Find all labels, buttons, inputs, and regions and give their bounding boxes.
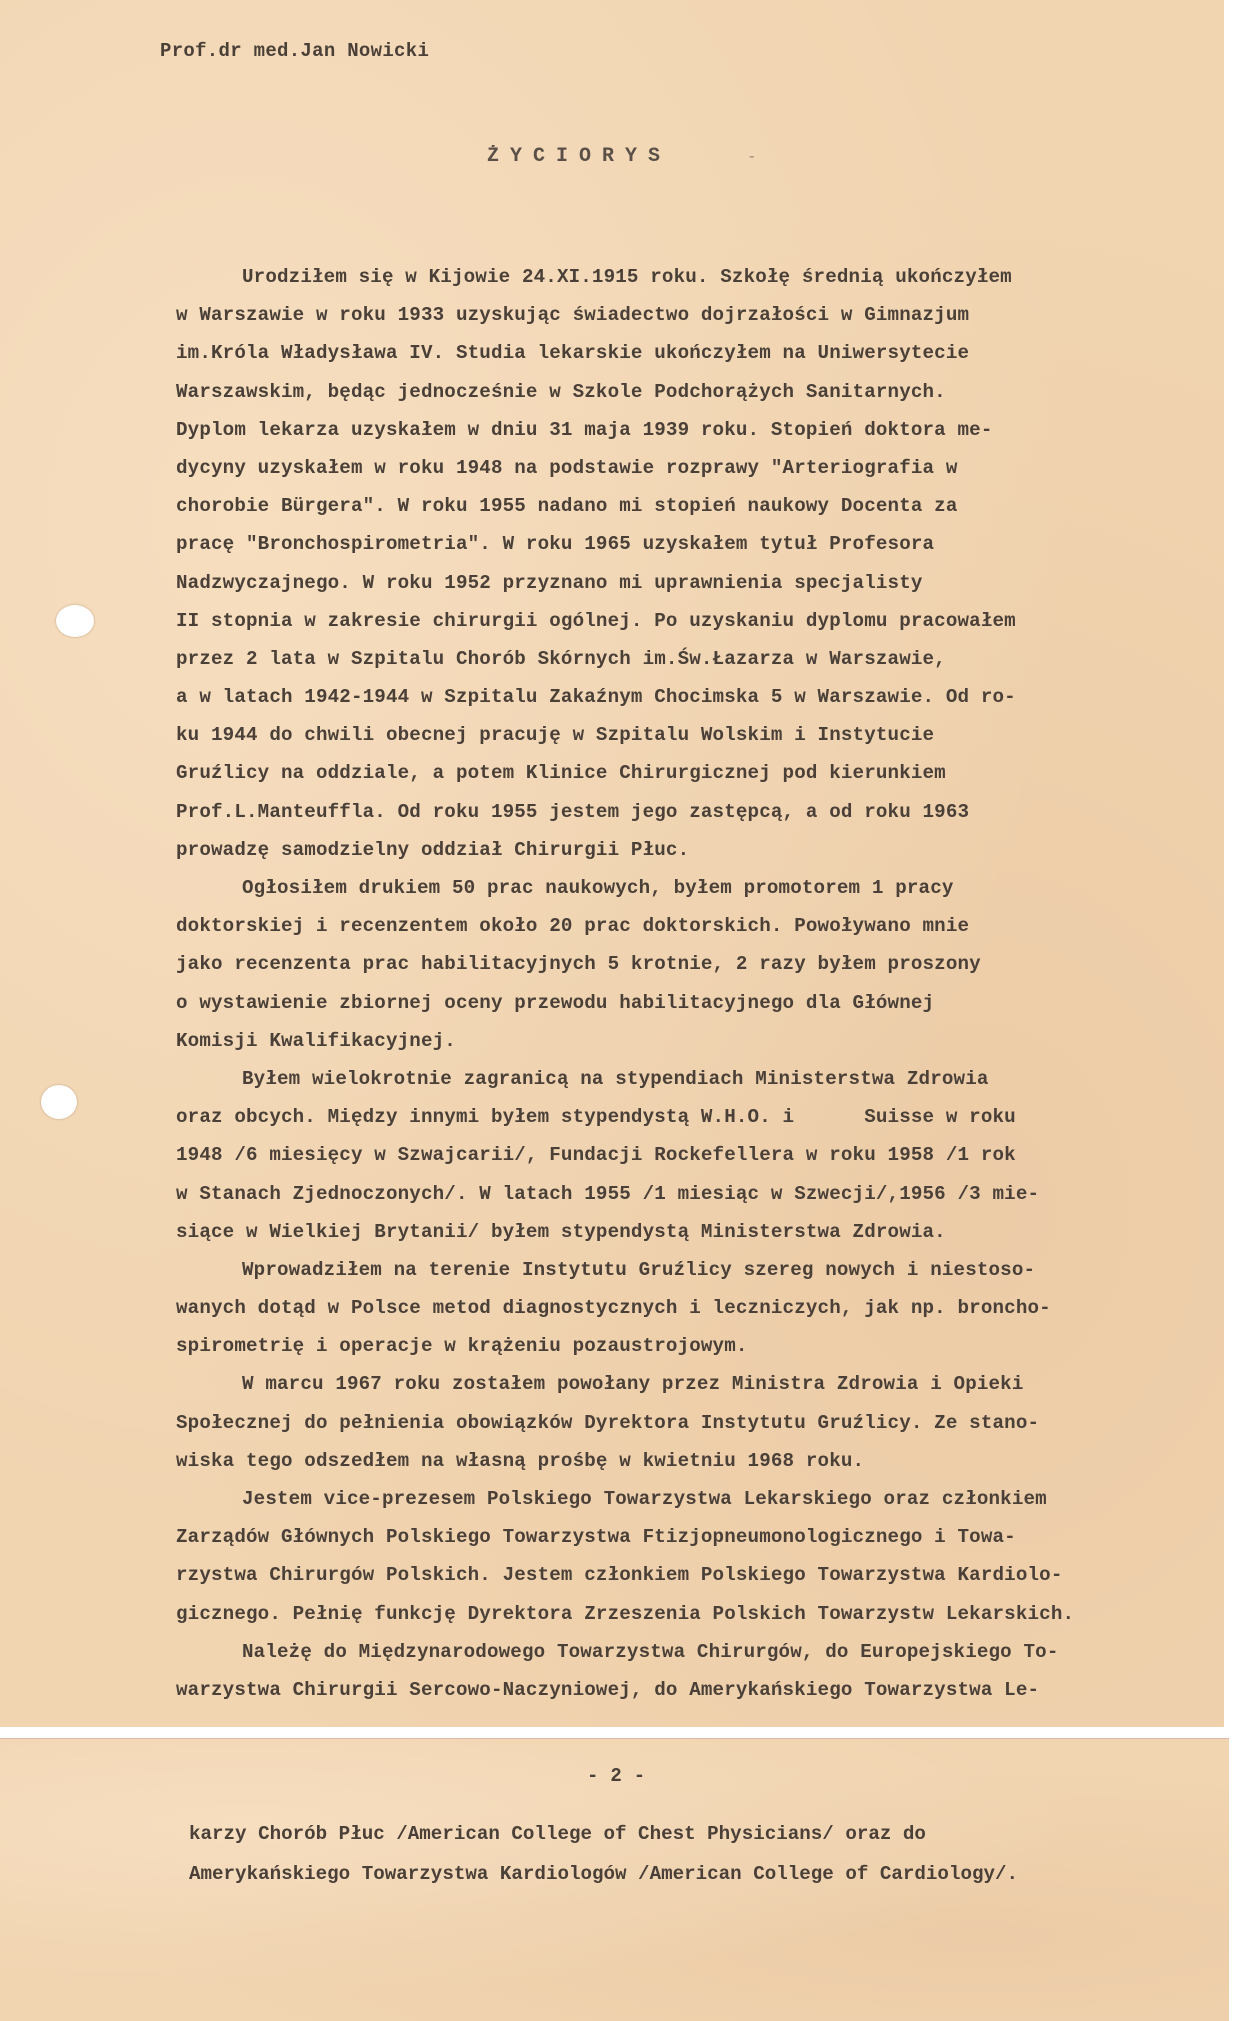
punch-hole [41,1085,77,1119]
text-line: Społecznej do pełnienia obowiązków Dyrek… [176,1404,1176,1442]
text-line: Urodziłem się w Kijowie 24.XI.1915 roku.… [176,258,1176,296]
text-line: wiska tego odszedłem na własną prośbę w … [176,1442,1176,1480]
text-line: oraz obcych. Między innymi byłem stypend… [176,1098,1176,1136]
text-line: Warszawskim, będąc jednocześnie w Szkole… [176,373,1176,411]
text-line: ku 1944 do chwili obecnej pracuję w Szpi… [176,716,1176,754]
text-line: w Stanach Zjednoczonych/. W latach 1955 … [176,1175,1176,1213]
text-line: jako recenzenta prac habilitacyjnych 5 k… [176,945,1176,983]
text-line: Jestem vice-prezesem Polskiego Towarzyst… [176,1480,1176,1518]
text-line: chorobie Bürgera". W roku 1955 nadano mi… [176,487,1176,525]
text-line: Dyplom lekarza uzyskałem w dniu 31 maja … [176,411,1176,449]
text-line: im.Króla Władysława IV. Studia lekarskie… [176,334,1176,372]
text-line: 1948 /6 miesięcy w Szwajcarii/, Fundacji… [176,1136,1176,1174]
text-line: Wprowadziłem na terenie Instytutu Gruźli… [176,1251,1176,1289]
text-line: siące w Wielkiej Brytanii/ byłem stypend… [176,1213,1176,1251]
text-line: Komisji Kwalifikacyjnej. [176,1022,1176,1060]
text-line: a w latach 1942-1944 w Szpitalu Zakaźnym… [176,678,1176,716]
text-line: doktorskiej i recenzentem około 20 prac … [176,907,1176,945]
text-line: Amerykańskiego Towarzystwa Kardiologów /… [189,1854,1189,1894]
text-line: o wystawienie zbiornej oceny przewodu ha… [176,984,1176,1022]
text-line: Zarządów Głównych Polskiego Towarzystwa … [176,1518,1176,1556]
page-number: - 2 - [587,1765,646,1787]
text-line: Ogłosiłem drukiem 50 prac naukowych, był… [176,869,1176,907]
punch-hole [56,605,94,637]
text-line: wanych dotąd w Polsce metod diagnostyczn… [176,1289,1176,1327]
text-line: II stopnia w zakresie chirurgii ogólnej.… [176,602,1176,640]
stray-mark: - [747,148,757,166]
author-header: Prof.dr med.Jan Nowicki [160,40,429,62]
text-line: prowadzę samodzielny oddział Chirurgii P… [176,831,1176,869]
biography-body: Urodziłem się w Kijowie 24.XI.1915 roku.… [176,258,1176,1709]
text-line: w Warszawie w roku 1933 uzyskując świade… [176,296,1176,334]
document-page-1: Prof.dr med.Jan Nowicki ŻYCIORYS - Urodz… [0,0,1224,1727]
document-title: ŻYCIORYS [487,145,671,168]
text-line: Należę do Międzynarodowego Towarzystwa C… [176,1633,1176,1671]
text-line: pracę "Bronchospirometria". W roku 1965 … [176,525,1176,563]
text-line: gicznego. Pełnię funkcję Dyrektora Zrzes… [176,1595,1176,1633]
text-line: Prof.L.Manteuffla. Od roku 1955 jestem j… [176,793,1176,831]
text-line: warzystwa Chirurgii Sercowo-Naczyniowej,… [176,1671,1176,1709]
text-line: Nadzwyczajnego. W roku 1952 przyznano mi… [176,564,1176,602]
text-line: Gruźlicy na oddziale, a potem Klinice Ch… [176,754,1176,792]
text-line: Byłem wielokrotnie zagranicą na stypendi… [176,1060,1176,1098]
text-line: karzy Chorób Płuc /American College of C… [189,1814,1189,1854]
text-line: przez 2 lata w Szpitalu Chorób Skórnych … [176,640,1176,678]
text-line: rzystwa Chirurgów Polskich. Jestem człon… [176,1556,1176,1594]
text-line: dycyny uzyskałem w roku 1948 na podstawi… [176,449,1176,487]
text-line: spirometrię i operacje w krążeniu pozaus… [176,1327,1176,1365]
text-line: W marcu 1967 roku zostałem powołany prze… [176,1365,1176,1403]
biography-body-continued: karzy Chorób Płuc /American College of C… [189,1814,1189,1894]
